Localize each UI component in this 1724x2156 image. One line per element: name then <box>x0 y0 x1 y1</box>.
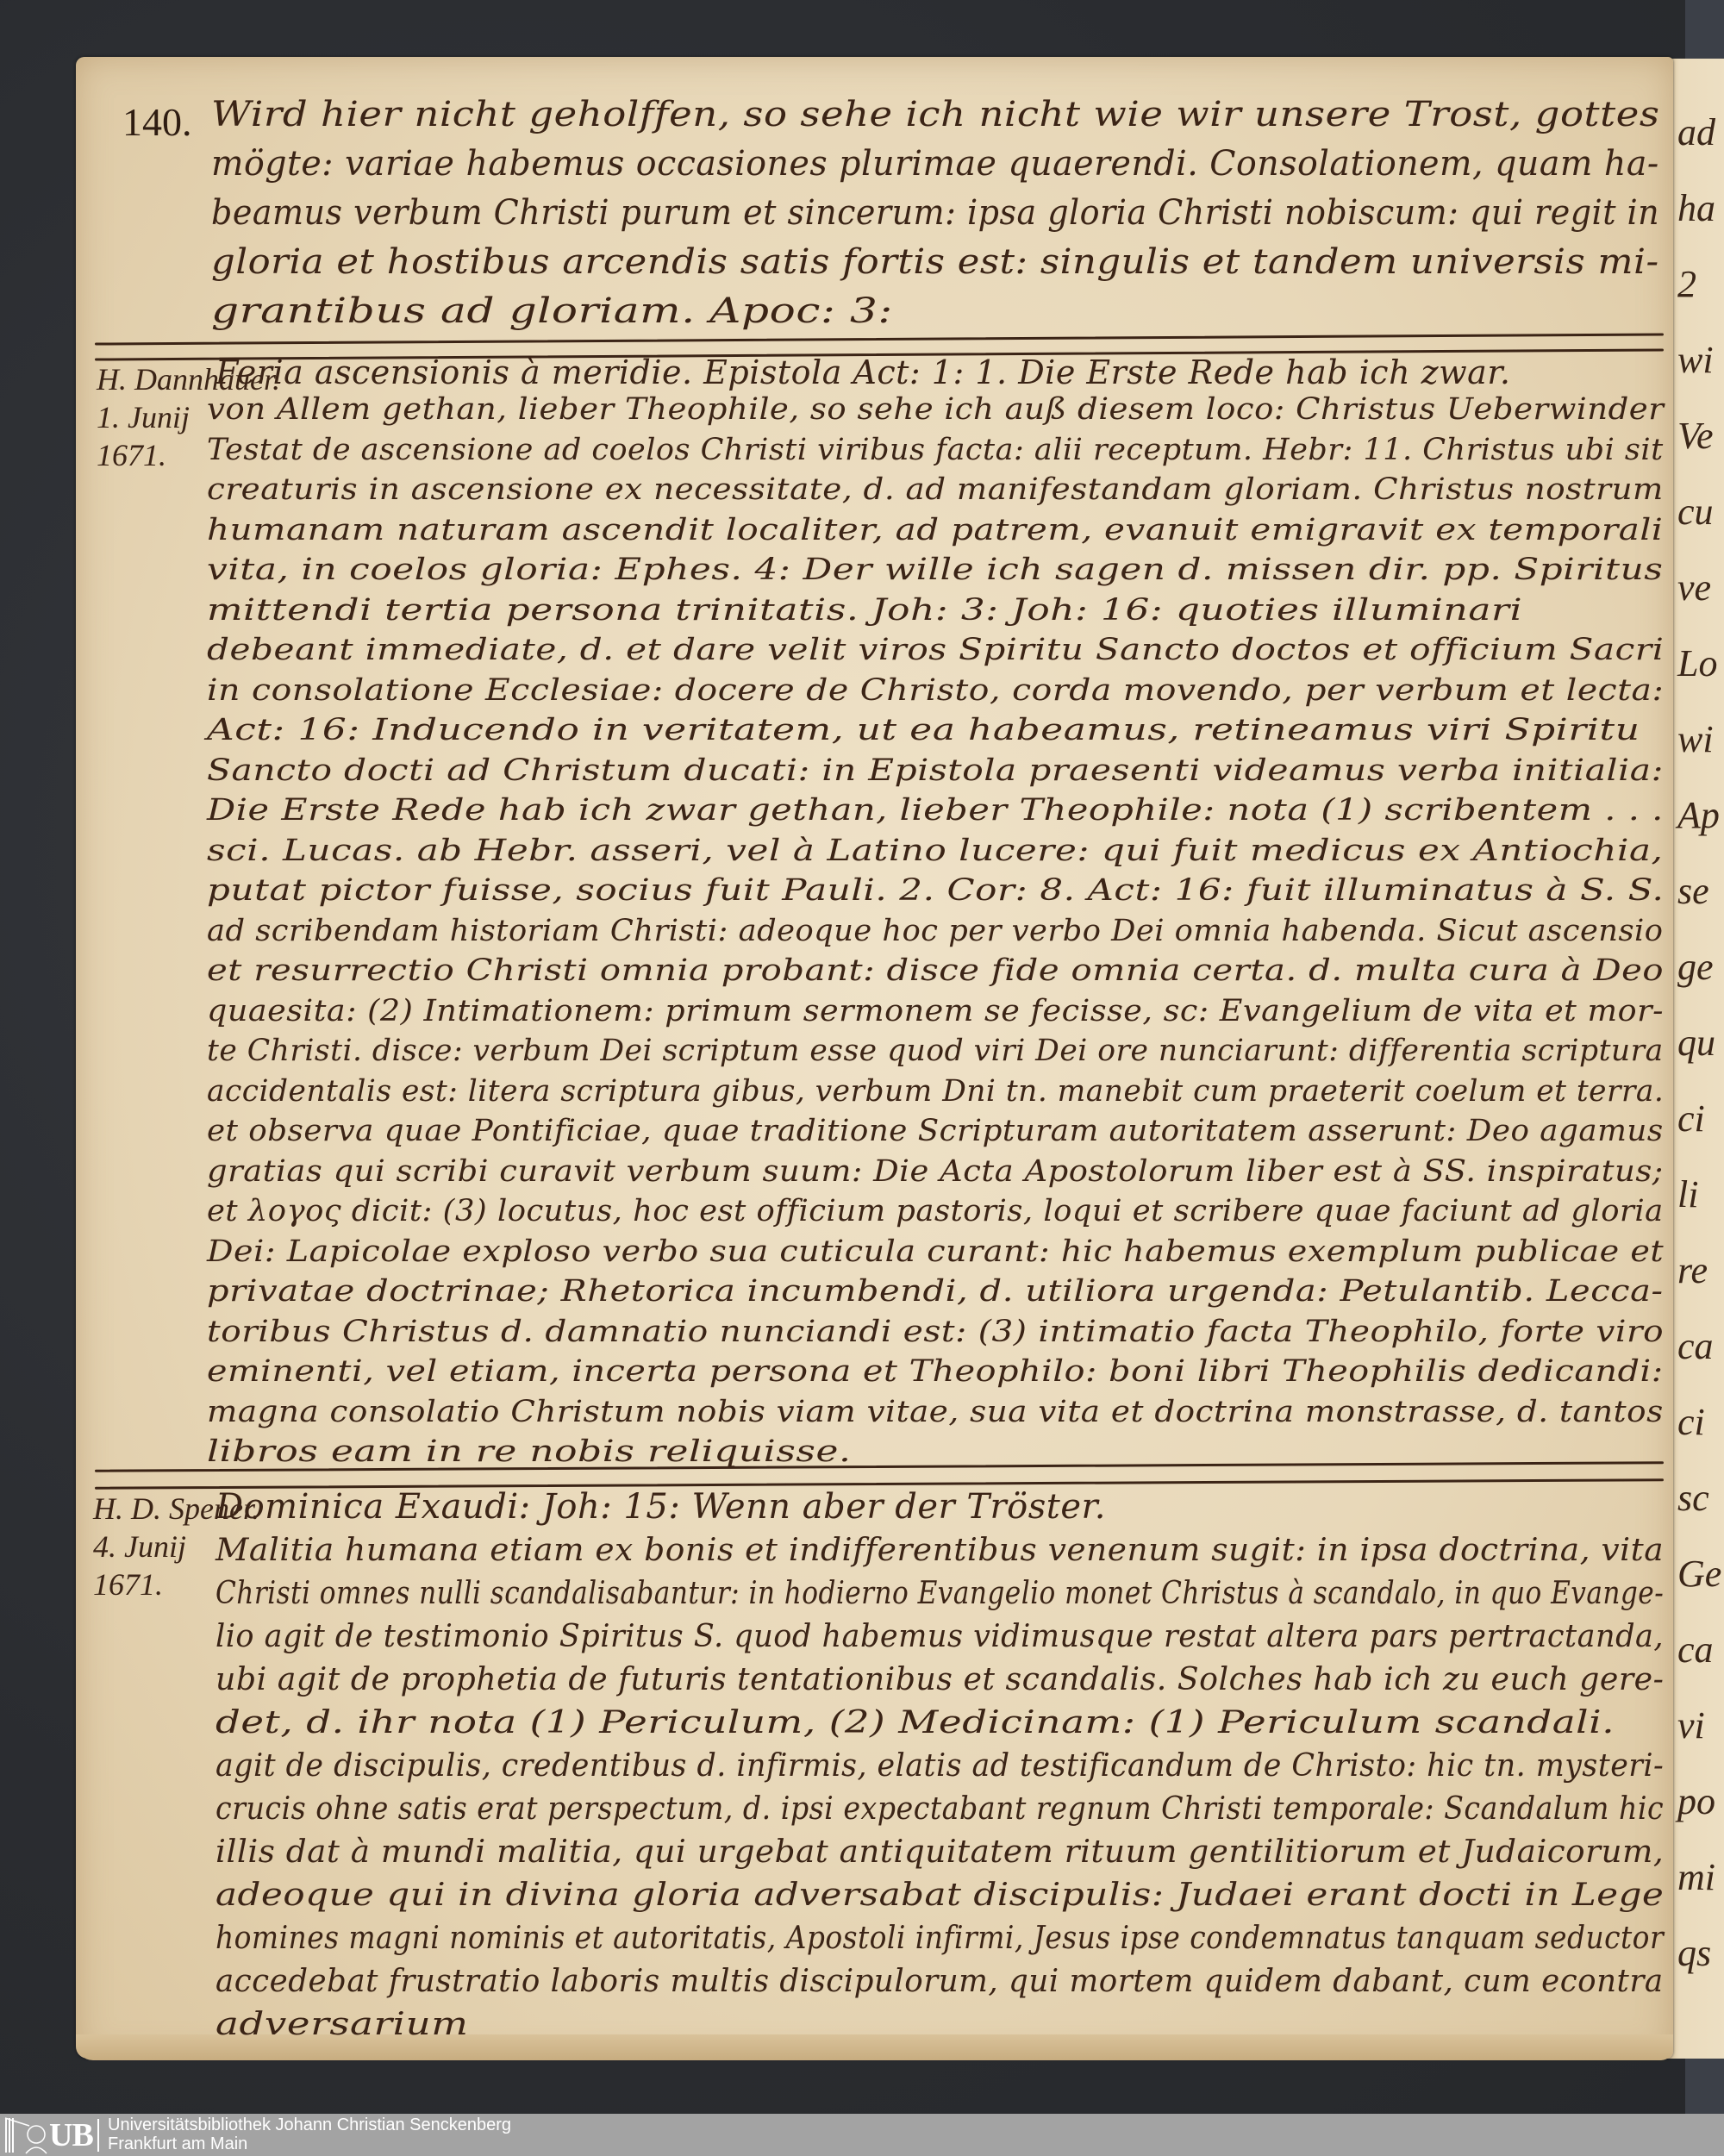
library-name: Universitätsbibliothek Johann Christian … <box>108 2115 511 2135</box>
manuscript-line: mittendi tertia persona trinitatis. Joh:… <box>207 593 1522 628</box>
adjacent-page-fragment: sc <box>1677 1476 1709 1520</box>
adjacent-page-fragment: re <box>1677 1248 1708 1292</box>
adjacent-page-fragment: qu <box>1677 1021 1715 1065</box>
adjacent-page-fragment: 2 <box>1677 262 1696 306</box>
manuscript-line: mögte: variae habemus occasiones plurima… <box>211 144 1659 184</box>
manuscript-line: sci. Lucas. ab Hebr. asseri, vel à Latin… <box>207 834 1663 868</box>
manuscript-line: magna consolatio Christum nobis viam vit… <box>207 1395 1664 1429</box>
manuscript-line: Die Erste Rede hab ich zwar gethan, lieb… <box>207 793 1664 828</box>
manuscript-line: humanam naturam ascendit localiter, ad p… <box>207 513 1663 547</box>
adjacent-page-fragment: Ap <box>1677 793 1720 837</box>
manuscript-line: Malitia humana etiam ex bonis et indiffe… <box>215 1533 1664 1568</box>
adjacent-page-fragment: ad <box>1677 110 1715 154</box>
manuscript-line: accidentalis est: litera scriptura gibus… <box>207 1074 1664 1109</box>
adjacent-page-fragment: ca <box>1677 1628 1714 1672</box>
manuscript-line: beamus verbum Christi purum et sincerum:… <box>211 193 1659 233</box>
manuscript-line: in consolatione Ecclesiae: docere de Chr… <box>207 673 1664 708</box>
library-city: Frankfurt am Main <box>108 2134 247 2154</box>
manuscript-line: et resurrectio Christi omnia probant: di… <box>207 953 1664 988</box>
footer-divider <box>97 2119 99 2152</box>
library-logo-text: UB <box>49 2116 93 2154</box>
adjacent-page-fragment: ge <box>1677 945 1714 989</box>
adjacent-page-fragment: ca <box>1677 1324 1714 1368</box>
manuscript-line: putat pictor fuisse, socius fuit Pauli. … <box>207 873 1664 908</box>
manuscript-line: homines magni nominis et autoritatis, Ap… <box>215 1921 1664 1956</box>
adjacent-page-fragment: mi <box>1677 1855 1715 1899</box>
manuscript-line: et λογος dicit: (3) locutus, hoc est off… <box>207 1194 1664 1228</box>
manuscript-line: debeant immediate, d. et dare velit viro… <box>207 633 1664 667</box>
manuscript-line: libros eam in re nobis reliquisse. <box>207 1434 852 1469</box>
manuscript-line: Sancto docti ad Christum ducati: in Epis… <box>207 753 1664 788</box>
manuscript-line: agit de discipulis, credentibus d. infir… <box>215 1748 1664 1784</box>
manuscript-line: ubi agit de prophetia de futuris tentati… <box>215 1662 1664 1697</box>
manuscript-line: te Christi. disce: verbum Dei scriptum e… <box>207 1034 1664 1068</box>
manuscript-line: ad scribendam historiam Christi: adeoque… <box>207 914 1664 948</box>
manuscript-line: vita, in coelos gloria: Ephes. 4: Der wi… <box>207 553 1663 587</box>
manuscript-line: privatae doctrinae; Rhetorica incumbendi… <box>207 1274 1664 1309</box>
adjacent-page-fragment: se <box>1677 869 1709 913</box>
manuscript-line: Act: 16: Inducendo in veritatem, ut ea h… <box>207 713 1640 747</box>
manuscript-line: grantibus ad gloriam. Apoc: 3: <box>211 291 893 331</box>
adjacent-page-fragment: ci <box>1677 1400 1705 1444</box>
manuscript-line: illis dat à mundi malitia, qui urgebat a… <box>215 1834 1664 1870</box>
adjacent-page-fragment: wi <box>1677 717 1714 761</box>
manuscript-line: lio agit de testimonio Spiritus S. quod … <box>215 1619 1664 1654</box>
adjacent-page-strip: adha2wiVecuveLowiApsegequcilirecaciscGec… <box>1665 59 1724 2059</box>
adjacent-page-fragment: cu <box>1677 490 1714 534</box>
page-number: 140. <box>122 99 192 145</box>
manuscript-line: eminenti, vel etiam, incerta persona et … <box>207 1354 1664 1389</box>
adjacent-page-fragment: wi <box>1677 338 1714 382</box>
adjacent-page-fragment: ha <box>1677 186 1715 230</box>
manuscript-line: von Allem gethan, lieber Theophile, so s… <box>207 392 1664 427</box>
manuscript-line: quaesita: (2) Intimationem: primum sermo… <box>207 994 1664 1028</box>
section-1-heading: Feria ascensionis à meridie. Epistola Ac… <box>215 353 1510 391</box>
manuscript-line: accedebat frustratio laboris multis disc… <box>215 1964 1664 1999</box>
adjacent-page-fragment: Ve <box>1677 414 1714 458</box>
manuscript-line: gratias qui scribi curavit verbum suum: … <box>207 1154 1664 1189</box>
adjacent-page-fragment: vi <box>1677 1703 1705 1747</box>
adjacent-page-fragment: li <box>1677 1172 1698 1216</box>
manuscript-line: adversarium <box>215 2007 469 2042</box>
adjacent-page-fragment: po <box>1677 1779 1715 1823</box>
manuscript-line: gloria et hostibus arcendis satis fortis… <box>211 242 1659 282</box>
library-footer: UB Universitätsbibliothek Johann Christi… <box>0 2114 1724 2156</box>
manuscript-line: Wird hier nicht geholffen, so sehe ich n… <box>211 95 1659 134</box>
adjacent-page-fragment: Ge <box>1677 1552 1721 1596</box>
manuscript-line: adeoque qui in divina gloria adversabat … <box>215 1878 1664 1913</box>
adjacent-page-fragment: ve <box>1677 566 1711 609</box>
manuscript-line: et observa quae Pontificiae, quae tradit… <box>207 1114 1664 1148</box>
manuscript-line: toribus Christus d. damnatio nunciandi e… <box>207 1315 1664 1349</box>
manuscript-line: det, d. ihr nota (1) Periculum, (2) Medi… <box>215 1705 1615 1740</box>
adjacent-page-fragment: ci <box>1677 1097 1705 1140</box>
manuscript-line: creaturis in ascensione ex necessitate, … <box>207 472 1664 507</box>
section-2-heading: Dominica Exaudi: Joh: 15: Wenn aber der … <box>215 1487 1106 1527</box>
adjacent-page-fragment: qs <box>1677 1931 1711 1975</box>
adjacent-page-fragment: Lo <box>1677 641 1717 685</box>
manuscript-line: Dei: Lapicolae exploso verbo sua cuticul… <box>207 1234 1664 1269</box>
manuscript-line: Christi omnes nulli scandalisabantur: in… <box>215 1576 1664 1611</box>
manuscript-line: Testat de ascensione ad coelos Christi v… <box>207 433 1664 467</box>
manuscript-line: crucis ohne satis erat perspectum, d. ip… <box>215 1791 1664 1827</box>
